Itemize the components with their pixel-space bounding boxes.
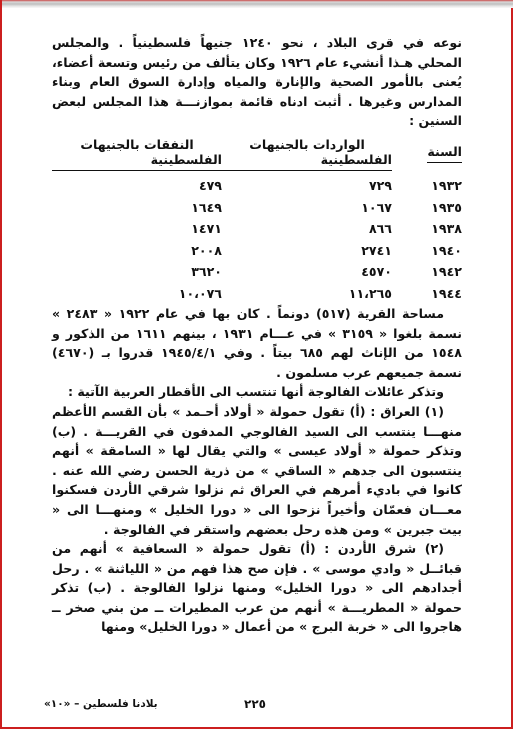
header-expenses: النفقات بالجنيهات الفلسطينية xyxy=(52,135,222,175)
iraq-heading: (١) العراق : xyxy=(370,404,444,419)
cell-year: ١٩٣٨ xyxy=(392,218,462,240)
area-population-paragraph: مساحة القرية (٥١٧) دونماً . كان بها في ع… xyxy=(52,304,462,382)
intro-paragraph: نوعه في قرى البلاد ، نحو ١٢٤٠ جنيهاً فلس… xyxy=(52,33,462,131)
families-intro: وتذكر عائلات الفالوجة أنها تنتسب الى الأ… xyxy=(52,382,462,402)
document-page: نوعه في قرى البلاد ، نحو ١٢٤٠ جنيهاً فلس… xyxy=(52,33,462,637)
table-row: ١٩٣٥ ١٠٦٧ ١٦٤٩ xyxy=(52,196,462,218)
cell-revenue: ٢٧٤١ xyxy=(222,239,392,261)
cell-year: ١٩٣٢ xyxy=(392,175,462,197)
table-row: ١٩٤٤ ١١،٢٦٥ ١٠،٠٧٦ xyxy=(52,282,462,304)
page-number: ٢٢٥ xyxy=(244,697,266,711)
cell-expenses: ٢٠٠٨ xyxy=(52,239,222,261)
book-title: بلادنا فلسطين – «١٠» xyxy=(44,698,158,710)
cell-expenses: ٣٦٢٠ xyxy=(52,261,222,283)
budget-table: السنة الواردات بالجنيهات الفلسطينية النف… xyxy=(52,135,462,304)
table-row: ١٩٣٢ ٧٢٩ ٤٧٩ xyxy=(52,175,462,197)
cell-expenses: ١٦٤٩ xyxy=(52,196,222,218)
cell-revenue: ١٠٦٧ xyxy=(222,196,392,218)
cell-expenses: ١٤٧١ xyxy=(52,218,222,240)
jordan-section: (٢) شرق الأردن : (أ) تقول حمولة « السعاف… xyxy=(52,539,462,637)
cell-revenue: ١١،٢٦٥ xyxy=(222,282,392,304)
window-top-strip xyxy=(2,0,513,8)
cell-expenses: ٤٧٩ xyxy=(52,175,222,197)
iraq-text: (أ) تقول حمولة « أولاد أحـمد » بأن القسم… xyxy=(52,404,462,537)
cell-revenue: ٨٦٦ xyxy=(222,218,392,240)
cell-year: ١٩٤٠ xyxy=(392,239,462,261)
jordan-heading: (٢) شرق الأردن : xyxy=(324,541,444,556)
cell-year: ١٩٤٤ xyxy=(392,282,462,304)
header-revenue: الواردات بالجنيهات الفلسطينية xyxy=(222,135,392,175)
table-row: ١٩٣٨ ٨٦٦ ١٤٧١ xyxy=(52,218,462,240)
header-year: السنة xyxy=(392,135,462,175)
table-header-row: السنة الواردات بالجنيهات الفلسطينية النف… xyxy=(52,135,462,175)
iraq-section: (١) العراق : (أ) تقول حمولة « أولاد أحـم… xyxy=(52,402,462,539)
cell-revenue: ٤٥٧٠ xyxy=(222,261,392,283)
cell-year: ١٩٣٥ xyxy=(392,196,462,218)
table-row: ١٩٤٢ ٤٥٧٠ ٣٦٢٠ xyxy=(52,261,462,283)
cell-year: ١٩٤٢ xyxy=(392,261,462,283)
cell-expenses: ١٠،٠٧٦ xyxy=(52,282,222,304)
page-footer: ٢٢٥ بلادنا فلسطين – «١٠» xyxy=(0,697,513,717)
table-row: ١٩٤٠ ٢٧٤١ ٢٠٠٨ xyxy=(52,239,462,261)
cell-revenue: ٧٢٩ xyxy=(222,175,392,197)
